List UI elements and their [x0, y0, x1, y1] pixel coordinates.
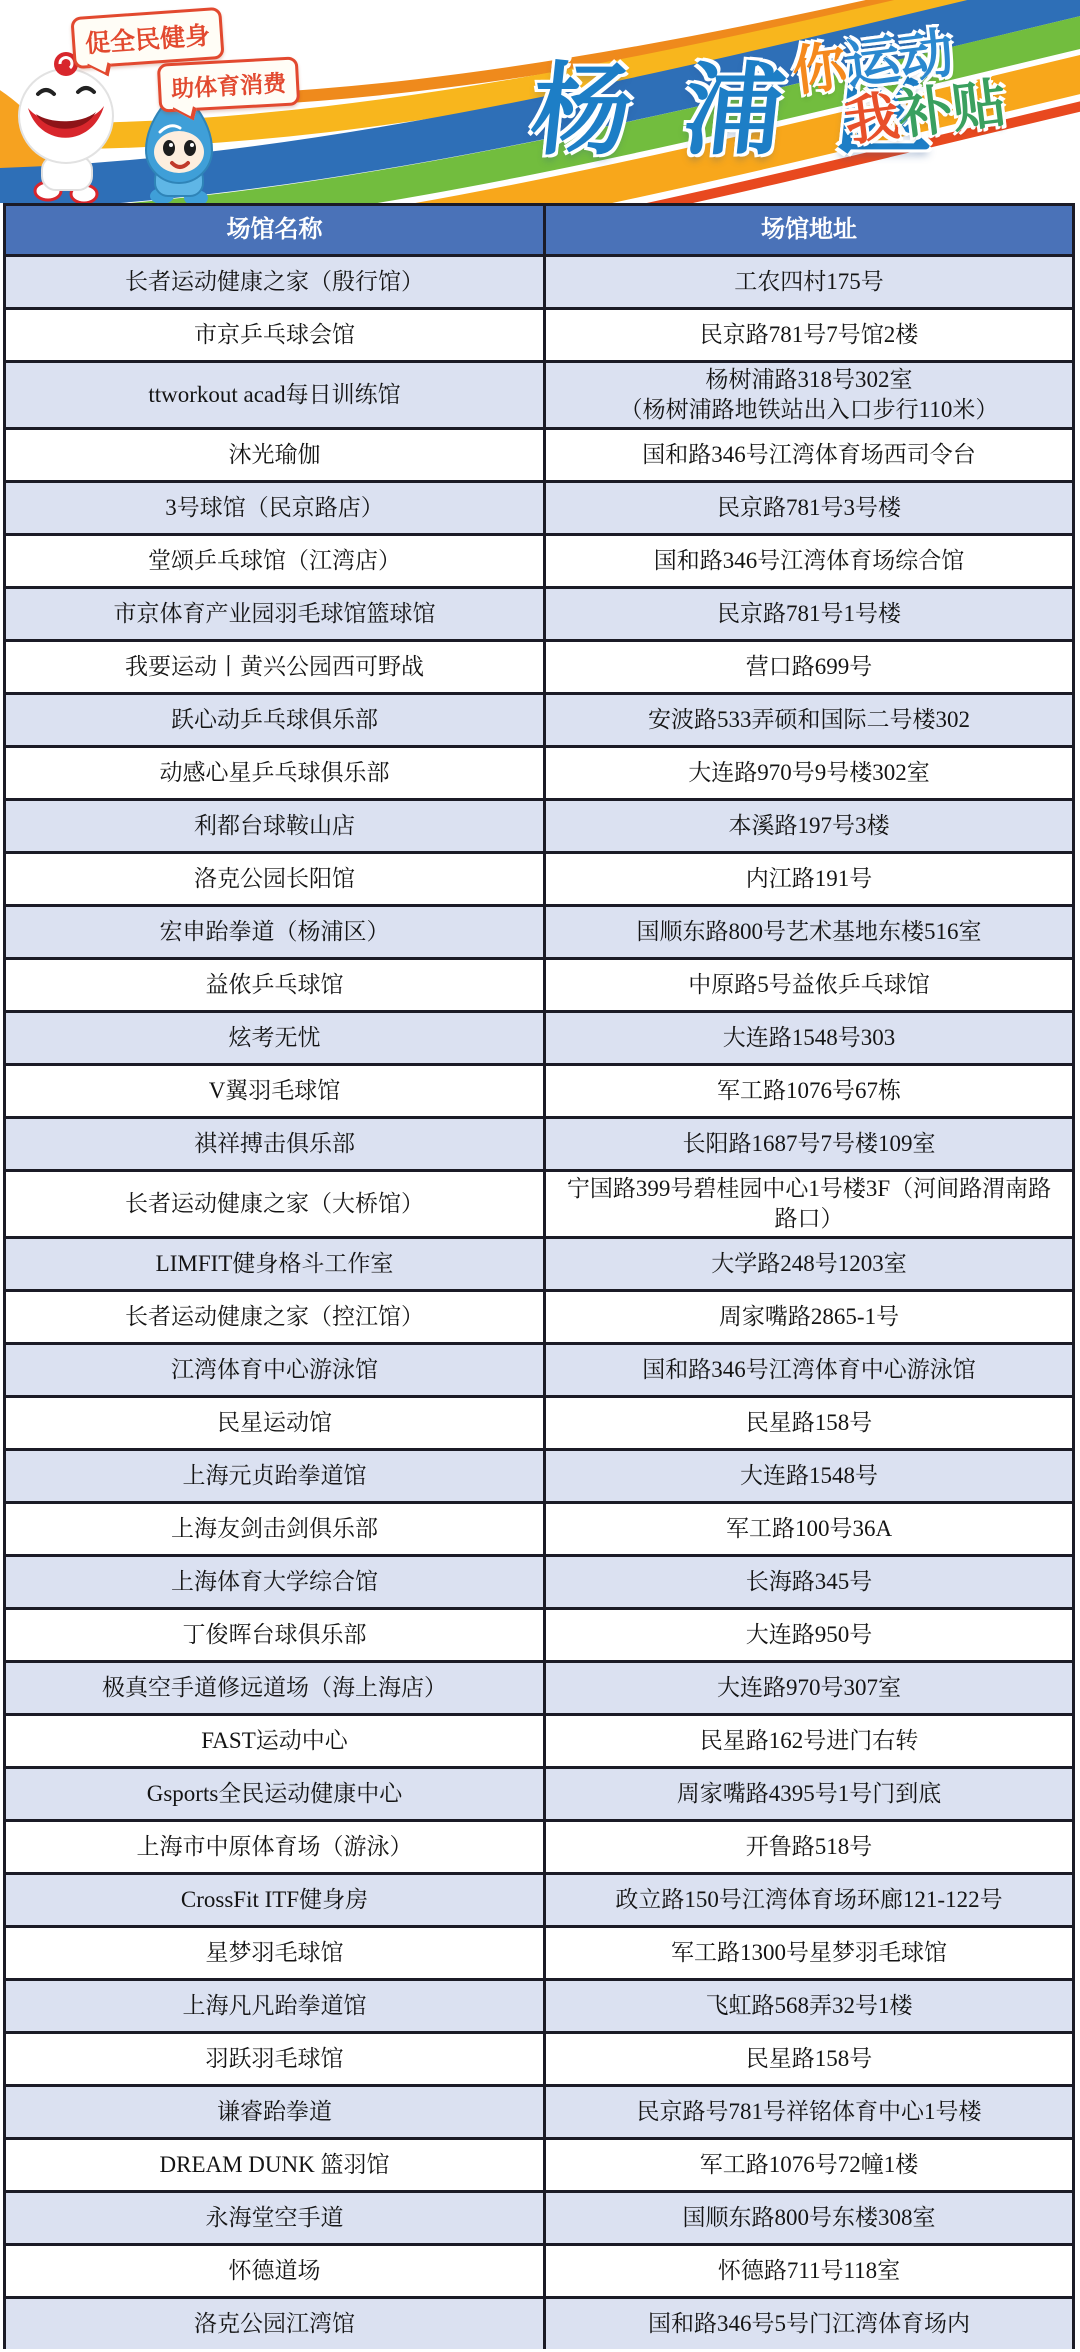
speech-bubble-fitness: 促全民健身	[70, 7, 224, 69]
venue-name-cell: 丁俊晖台球俱乐部	[6, 1610, 546, 1660]
table-row: CrossFit ITF健身房政立路150号江湾体育场环廊121-122号	[6, 1875, 1072, 1928]
venue-address-cell: 工农四村175号	[546, 257, 1072, 307]
table-row: 宏申跆拳道（杨浦区）国顺东路800号艺术基地东楼516室	[6, 907, 1072, 960]
table-row: 上海友剑击剑俱乐部军工路100号36A	[6, 1504, 1072, 1557]
table-row: 3号球馆（民京路店）民京路781号3号楼	[6, 483, 1072, 536]
venue-address-cell: 民星路158号	[546, 2034, 1072, 2084]
venue-name-cell: 动感心星乒乓球俱乐部	[6, 748, 546, 798]
venue-address-cell: 长阳路1687号7号楼109室	[546, 1119, 1072, 1169]
table-row: 丁俊晖台球俱乐部大连路950号	[6, 1610, 1072, 1663]
venue-name-cell: 炫考无忧	[6, 1013, 546, 1063]
venue-address-cell: 本溪路197号3楼	[546, 801, 1072, 851]
table-row: FAST运动中心民星路162号进门右转	[6, 1716, 1072, 1769]
table-row: 洛克公园江湾馆国和路346号5号门江湾体育场内	[6, 2299, 1072, 2349]
venue-address-cell: 大连路1548号303	[546, 1013, 1072, 1063]
table-row: 炫考无忧大连路1548号303	[6, 1013, 1072, 1066]
venue-address-cell: 长海路345号	[546, 1557, 1072, 1607]
venue-name-cell: 洛克公园江湾馆	[6, 2299, 546, 2349]
venue-address-cell: 军工路1076号72幢1楼	[546, 2140, 1072, 2190]
venue-name-cell: FAST运动中心	[6, 1716, 546, 1766]
venue-name-cell: 上海凡凡跆拳道馆	[6, 1981, 546, 2031]
header-venue-name: 场馆名称	[6, 206, 546, 254]
venue-name-cell: 羽跃羽毛球馆	[6, 2034, 546, 2084]
venue-table-body: 长者运动健康之家（殷行馆）工农四村175号市京乒乓球会馆民京路781号7号馆2楼…	[6, 257, 1072, 2349]
venue-address-cell: 民京路号781号祥铭体育中心1号楼	[546, 2087, 1072, 2137]
table-row: 益侬乒乓球馆中原路5号益侬乒乓球馆	[6, 960, 1072, 1013]
table-row: 上海元贞跆拳道馆大连路1548号	[6, 1451, 1072, 1504]
venue-address-cell: 飞虹路568弄32号1楼	[546, 1981, 1072, 2031]
venue-address-cell: 周家嘴路2865-1号	[546, 1292, 1072, 1342]
venue-address-cell: 国顺东路800号艺术基地东楼516室	[546, 907, 1072, 957]
venue-address-cell: 大连路950号	[546, 1610, 1072, 1660]
table-row: 跃心动乒乓球俱乐部安波路533弄硕和国际二号楼302	[6, 695, 1072, 748]
table-row: 星梦羽毛球馆军工路1300号星梦羽毛球馆	[6, 1928, 1072, 1981]
banner: 促全民健身 助体育消费 杨浦区 你运动 我补贴	[0, 0, 1080, 203]
venue-name-cell: 市京体育产业园羽毛球馆篮球馆	[6, 589, 546, 639]
venue-name-cell: ttworkout acad每日训练馆	[6, 363, 546, 427]
table-row: 我要运动丨黄兴公园西可野战营口路699号	[6, 642, 1072, 695]
venue-name-cell: 宏申跆拳道（杨浦区）	[6, 907, 546, 957]
table-row: 利都台球鞍山店本溪路197号3楼	[6, 801, 1072, 854]
table-row: 永海堂空手道国顺东路800号东楼308室	[6, 2193, 1072, 2246]
venue-address-cell: 国顺东路800号东楼308室	[546, 2193, 1072, 2243]
table-row: DREAM DUNK 篮羽馆军工路1076号72幢1楼	[6, 2140, 1072, 2193]
venue-name-cell: 沐光瑜伽	[6, 430, 546, 480]
venue-address-cell: 周家嘴路4395号1号门到底	[546, 1769, 1072, 1819]
venue-address-cell: 大连路1548号	[546, 1451, 1072, 1501]
table-row: 上海市中原体育场（游泳）开鲁路518号	[6, 1822, 1072, 1875]
table-row: 市京乒乓球会馆民京路781号7号馆2楼	[6, 310, 1072, 363]
table-row: 市京体育产业园羽毛球馆篮球馆民京路781号1号楼	[6, 589, 1072, 642]
venue-address-cell: 民京路781号1号楼	[546, 589, 1072, 639]
venue-table: 场馆名称 场馆地址 长者运动健康之家（殷行馆）工农四村175号市京乒乓球会馆民京…	[3, 203, 1075, 2349]
venue-address-cell: 民星路158号	[546, 1398, 1072, 1448]
table-row: 动感心星乒乓球俱乐部大连路970号9号楼302室	[6, 748, 1072, 801]
venue-address-cell: 民京路781号7号馆2楼	[546, 310, 1072, 360]
table-row: 长者运动健康之家（控江馆）周家嘴路2865-1号	[6, 1292, 1072, 1345]
venue-address-cell: 民星路162号进门右转	[546, 1716, 1072, 1766]
venue-name-cell: 3号球馆（民京路店）	[6, 483, 546, 533]
table-row: 堂颂乒乓球馆（江湾店）国和路346号江湾体育场综合馆	[6, 536, 1072, 589]
venue-address-cell: 杨树浦路318号302室 （杨树浦路地铁站出入口步行110米）	[546, 363, 1072, 427]
venue-name-cell: 上海市中原体育场（游泳）	[6, 1822, 546, 1872]
table-row: 江湾体育中心游泳馆国和路346号江湾体育中心游泳馆	[6, 1345, 1072, 1398]
venue-name-cell: 民星运动馆	[6, 1398, 546, 1448]
venue-name-cell: 星梦羽毛球馆	[6, 1928, 546, 1978]
venue-name-cell: 江湾体育中心游泳馆	[6, 1345, 546, 1395]
venue-address-cell: 怀德路711号118室	[546, 2246, 1072, 2296]
table-row: V翼羽毛球馆军工路1076号67栋	[6, 1066, 1072, 1119]
venue-name-cell: 长者运动健康之家（大桥馆）	[6, 1172, 546, 1236]
venue-address-cell: 大连路970号307室	[546, 1663, 1072, 1713]
table-row: 祺祥搏击俱乐部长阳路1687号7号楼109室	[6, 1119, 1072, 1172]
table-row: 谦睿跆拳道民京路号781号祥铭体育中心1号楼	[6, 2087, 1072, 2140]
venue-name-cell: 上海体育大学综合馆	[6, 1557, 546, 1607]
table-row: 民星运动馆民星路158号	[6, 1398, 1072, 1451]
venue-name-cell: 上海元贞跆拳道馆	[6, 1451, 546, 1501]
speech-bubble-fitness-text: 促全民健身	[84, 22, 211, 59]
venue-name-cell: 市京乒乓球会馆	[6, 310, 546, 360]
speech-bubble-consume: 助体育消费	[157, 56, 300, 112]
venue-name-cell: V翼羽毛球馆	[6, 1066, 546, 1116]
venue-address-cell: 大学路248号1203室	[546, 1239, 1072, 1289]
table-row: 沐光瑜伽国和路346号江湾体育场西司令台	[6, 430, 1072, 483]
venue-address-cell: 民京路781号3号楼	[546, 483, 1072, 533]
venue-address-cell: 大连路970号9号楼302室	[546, 748, 1072, 798]
venue-name-cell: 永海堂空手道	[6, 2193, 546, 2243]
speech-bubble-consume-text: 助体育消费	[170, 70, 286, 102]
venue-name-cell: Gsports全民运动健康中心	[6, 1769, 546, 1819]
table-row: 长者运动健康之家（大桥馆）宁国路399号碧桂园中心1号楼3F（河间路渭南路路口）	[6, 1172, 1072, 1239]
venue-address-cell: 营口路699号	[546, 642, 1072, 692]
table-row: 怀德道场怀德路711号118室	[6, 2246, 1072, 2299]
venue-address-cell: 宁国路399号碧桂园中心1号楼3F（河间路渭南路路口）	[546, 1172, 1072, 1236]
venue-name-cell: 长者运动健康之家（控江馆）	[6, 1292, 546, 1342]
venue-address-cell: 军工路100号36A	[546, 1504, 1072, 1554]
table-row: 上海体育大学综合馆长海路345号	[6, 1557, 1072, 1610]
venue-name-cell: 堂颂乒乓球馆（江湾店）	[6, 536, 546, 586]
header-venue-address: 场馆地址	[546, 206, 1072, 254]
venue-name-cell: 益侬乒乓球馆	[6, 960, 546, 1010]
venue-name-cell: 洛克公园长阳馆	[6, 854, 546, 904]
venue-address-cell: 军工路1076号67栋	[546, 1066, 1072, 1116]
venue-address-cell: 军工路1300号星梦羽毛球馆	[546, 1928, 1072, 1978]
venue-name-cell: 谦睿跆拳道	[6, 2087, 546, 2137]
mascot-left	[19, 52, 113, 203]
table-row: 长者运动健康之家（殷行馆）工农四村175号	[6, 257, 1072, 310]
venue-name-cell: 利都台球鞍山店	[6, 801, 546, 851]
table-row: Gsports全民运动健康中心周家嘴路4395号1号门到底	[6, 1769, 1072, 1822]
table-row: 洛克公园长阳馆内江路191号	[6, 854, 1072, 907]
table-row: 极真空手道修远道场（海上海店）大连路970号307室	[6, 1663, 1072, 1716]
venue-address-cell: 国和路346号江湾体育场西司令台	[546, 430, 1072, 480]
table-header-row: 场馆名称 场馆地址	[6, 206, 1072, 257]
venue-address-cell: 安波路533弄硕和国际二号楼302	[546, 695, 1072, 745]
table-row: ttworkout acad每日训练馆杨树浦路318号302室 （杨树浦路地铁站…	[6, 363, 1072, 430]
venue-name-cell: 跃心动乒乓球俱乐部	[6, 695, 546, 745]
venue-name-cell: 上海友剑击剑俱乐部	[6, 1504, 546, 1554]
venue-address-cell: 内江路191号	[546, 854, 1072, 904]
table-row: 上海凡凡跆拳道馆飞虹路568弄32号1楼	[6, 1981, 1072, 2034]
venue-name-cell: DREAM DUNK 篮羽馆	[6, 2140, 546, 2190]
venue-name-cell: 我要运动丨黄兴公园西可野战	[6, 642, 546, 692]
table-row: 羽跃羽毛球馆民星路158号	[6, 2034, 1072, 2087]
venue-address-cell: 政立路150号江湾体育场环廊121-122号	[546, 1875, 1072, 1925]
venue-name-cell: CrossFit ITF健身房	[6, 1875, 546, 1925]
venue-address-cell: 开鲁路518号	[546, 1822, 1072, 1872]
venue-address-cell: 国和路346号江湾体育场综合馆	[546, 536, 1072, 586]
venue-name-cell: 长者运动健康之家（殷行馆）	[6, 257, 546, 307]
slogan-me: 我	[841, 86, 902, 152]
venue-name-cell: 怀德道场	[6, 2246, 546, 2296]
table-row: LIMFIT健身格斗工作室大学路248号1203室	[6, 1239, 1072, 1292]
venue-name-cell: 祺祥搏击俱乐部	[6, 1119, 546, 1169]
venue-address-cell: 国和路346号5号门江湾体育场内	[546, 2299, 1072, 2349]
venue-name-cell: LIMFIT健身格斗工作室	[6, 1239, 546, 1289]
venue-address-cell: 国和路346号江湾体育中心游泳馆	[546, 1345, 1072, 1395]
venue-name-cell: 极真空手道修远道场（海上海店）	[6, 1663, 546, 1713]
venue-address-cell: 中原路5号益侬乒乓球馆	[546, 960, 1072, 1010]
